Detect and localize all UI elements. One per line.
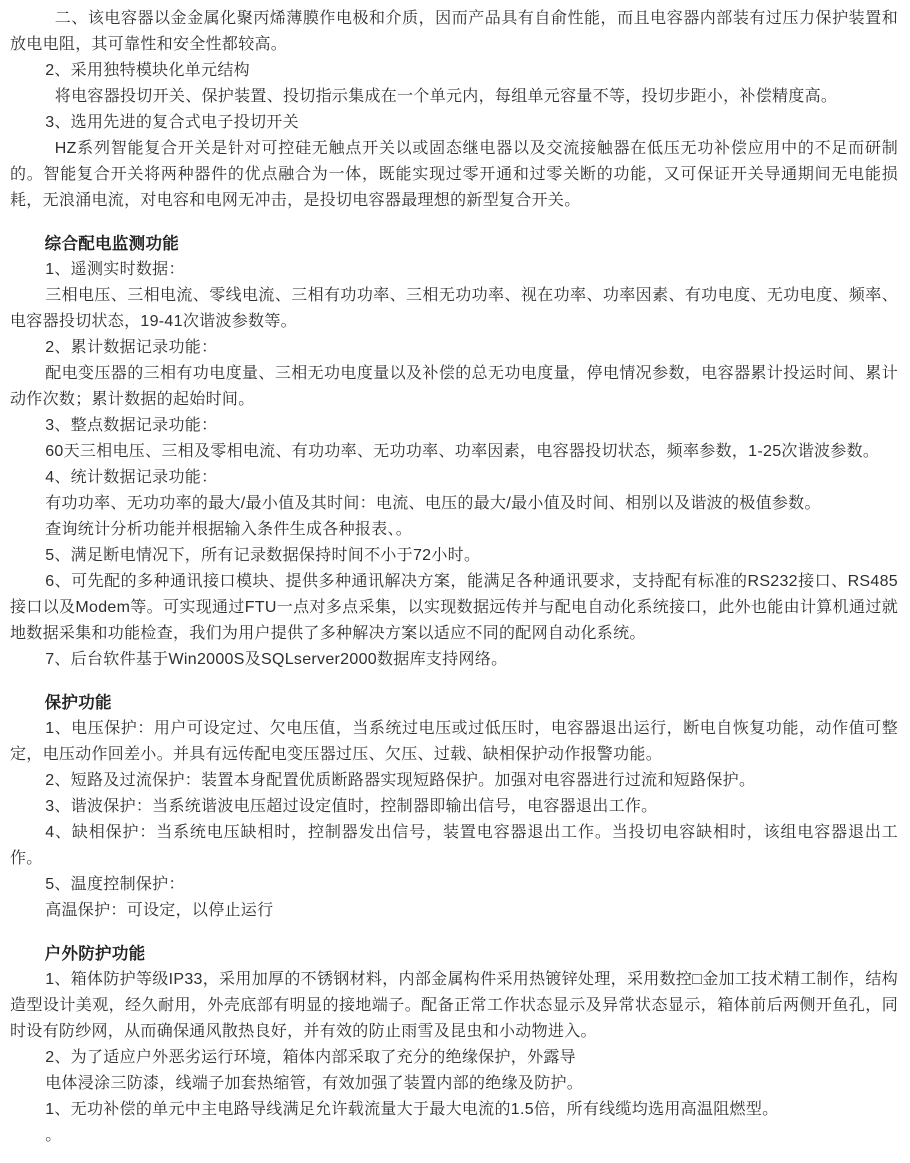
monitoring-item-4-detail: 有功功率、无功功率的最大/最小值及其时间：电流、电压的最大/最小值及时间、相别以… [10, 491, 898, 517]
outdoor-item-insulation-line2: 电体浸涂三防漆，线端子加套热缩管，有效加强了装置内部的绝缘及防护。 [10, 1071, 898, 1097]
protection-heading: 保护功能 [10, 690, 898, 716]
outdoor-item-wiring: 1、无功补偿的单元中主电路导线满足允许载流量大于最大电流的1.5倍，所有线缆均选… [10, 1097, 898, 1123]
monitoring-item-1: 1、遥测实时数据： [10, 257, 898, 283]
section-protection: 保护功能 1、电压保护：用户可设定过、欠电压值，当系统过电压或过低压时，电容器退… [10, 690, 898, 924]
outdoor-heading: 户外防护功能 [10, 941, 898, 967]
intro-paragraph-hz-smart-switch: HZ系列智能复合开关是针对可控硅无触点开关以或固态继电器以及交流接触器在低压无功… [10, 136, 898, 214]
monitoring-item-4-reports: 查询统计分析功能并根据输入条件生成各种报表、。 [10, 517, 898, 543]
document-page: 二、该电容器以金金属化聚丙烯薄膜作电极和介质，因而产品具有自俞性能，而且电容器内… [0, 0, 910, 1163]
outdoor-item-enclosure: 1、箱体防护等级IP33，采用加厚的不锈钢材料，内部金属构件采用热镀锌处理，采用… [10, 967, 898, 1045]
monitoring-item-3: 3、整点数据记录功能： [10, 413, 898, 439]
monitoring-item-5: 5、满足断电情况下，所有记录数据保持时间不小于72小时。 [10, 543, 898, 569]
section-capacitor-features: 二、该电容器以金金属化聚丙烯薄膜作电极和介质，因而产品具有自俞性能，而且电容器内… [10, 6, 898, 214]
intro-item-electronic-switch: 3、选用先进的复合式电子投切开关 [10, 110, 898, 136]
monitoring-item-1-detail: 三相电压、三相电流、零线电流、三相有功功率、三相无功功率、视在功率、功率因素、有… [10, 283, 898, 335]
intro-paragraph-self-healing: 二、该电容器以金金属化聚丙烯薄膜作电极和介质，因而产品具有自俞性能，而且电容器内… [10, 6, 898, 58]
section-outdoor: 户外防护功能 1、箱体防护等级IP33，采用加厚的不锈钢材料，内部金属构件采用热… [10, 941, 898, 1149]
intro-paragraph-unit-integration: 将电容器投切开关、保护装置、投切指示集成在一个单元内，每组单元容量不等，投切步距… [10, 84, 898, 110]
monitoring-item-2-detail: 配电变压器的三相有功电度量、三相无功电度量以及补偿的总无功电度量，停电情况参数，… [10, 361, 898, 413]
monitoring-item-7: 7、后台软件基于Win2000S及SQLserver2000数据库支持网络。 [10, 647, 898, 673]
monitoring-item-6: 6、可先配的多种通讯接口模块、提供多种通讯解决方案，能满足各种通讯要求，支持配有… [10, 569, 898, 647]
monitoring-item-2: 2、累计数据记录功能： [10, 335, 898, 361]
outdoor-item-insulation-line1: 2、为了适应户外恶劣运行环境，箱体内部采取了充分的绝缘保护，外露导 [10, 1045, 898, 1071]
protection-item-high-temp-detail: 高温保护：可设定，以停止运行 [10, 898, 898, 924]
intro-item-modular-structure: 2、采用独特模块化单元结构 [10, 58, 898, 84]
monitoring-heading: 综合配电监测功能 [10, 231, 898, 257]
protection-item-phase-loss: 4、缺相保护：当系统电压缺相时，控制器发出信号，装置电容器退出工作。当投切电容缺… [10, 820, 898, 872]
protection-item-voltage: 1、电压保护：用户可设定过、欠电压值，当系统过电压或过低压时，电容器退出运行，断… [10, 716, 898, 768]
monitoring-item-4: 4、统计数据记录功能： [10, 465, 898, 491]
trailing-period: 。 [10, 1123, 898, 1149]
protection-item-short-circuit: 2、短路及过流保护：装置本身配置优质断路器实现短路保护。加强对电容器进行过流和短… [10, 768, 898, 794]
section-monitoring: 综合配电监测功能 1、遥测实时数据： 三相电压、三相电流、零线电流、三相有功功率… [10, 231, 898, 673]
protection-item-temperature: 5、温度控制保护： [10, 872, 898, 898]
monitoring-item-3-detail: 60天三相电压、三相及零相电流、有功功率、无功功率、功率因素，电容器投切状态，频… [10, 439, 898, 465]
protection-item-harmonic: 3、谐波保护：当系统谐波电压超过设定值时，控制器即输出信号，电容器退出工作。 [10, 794, 898, 820]
